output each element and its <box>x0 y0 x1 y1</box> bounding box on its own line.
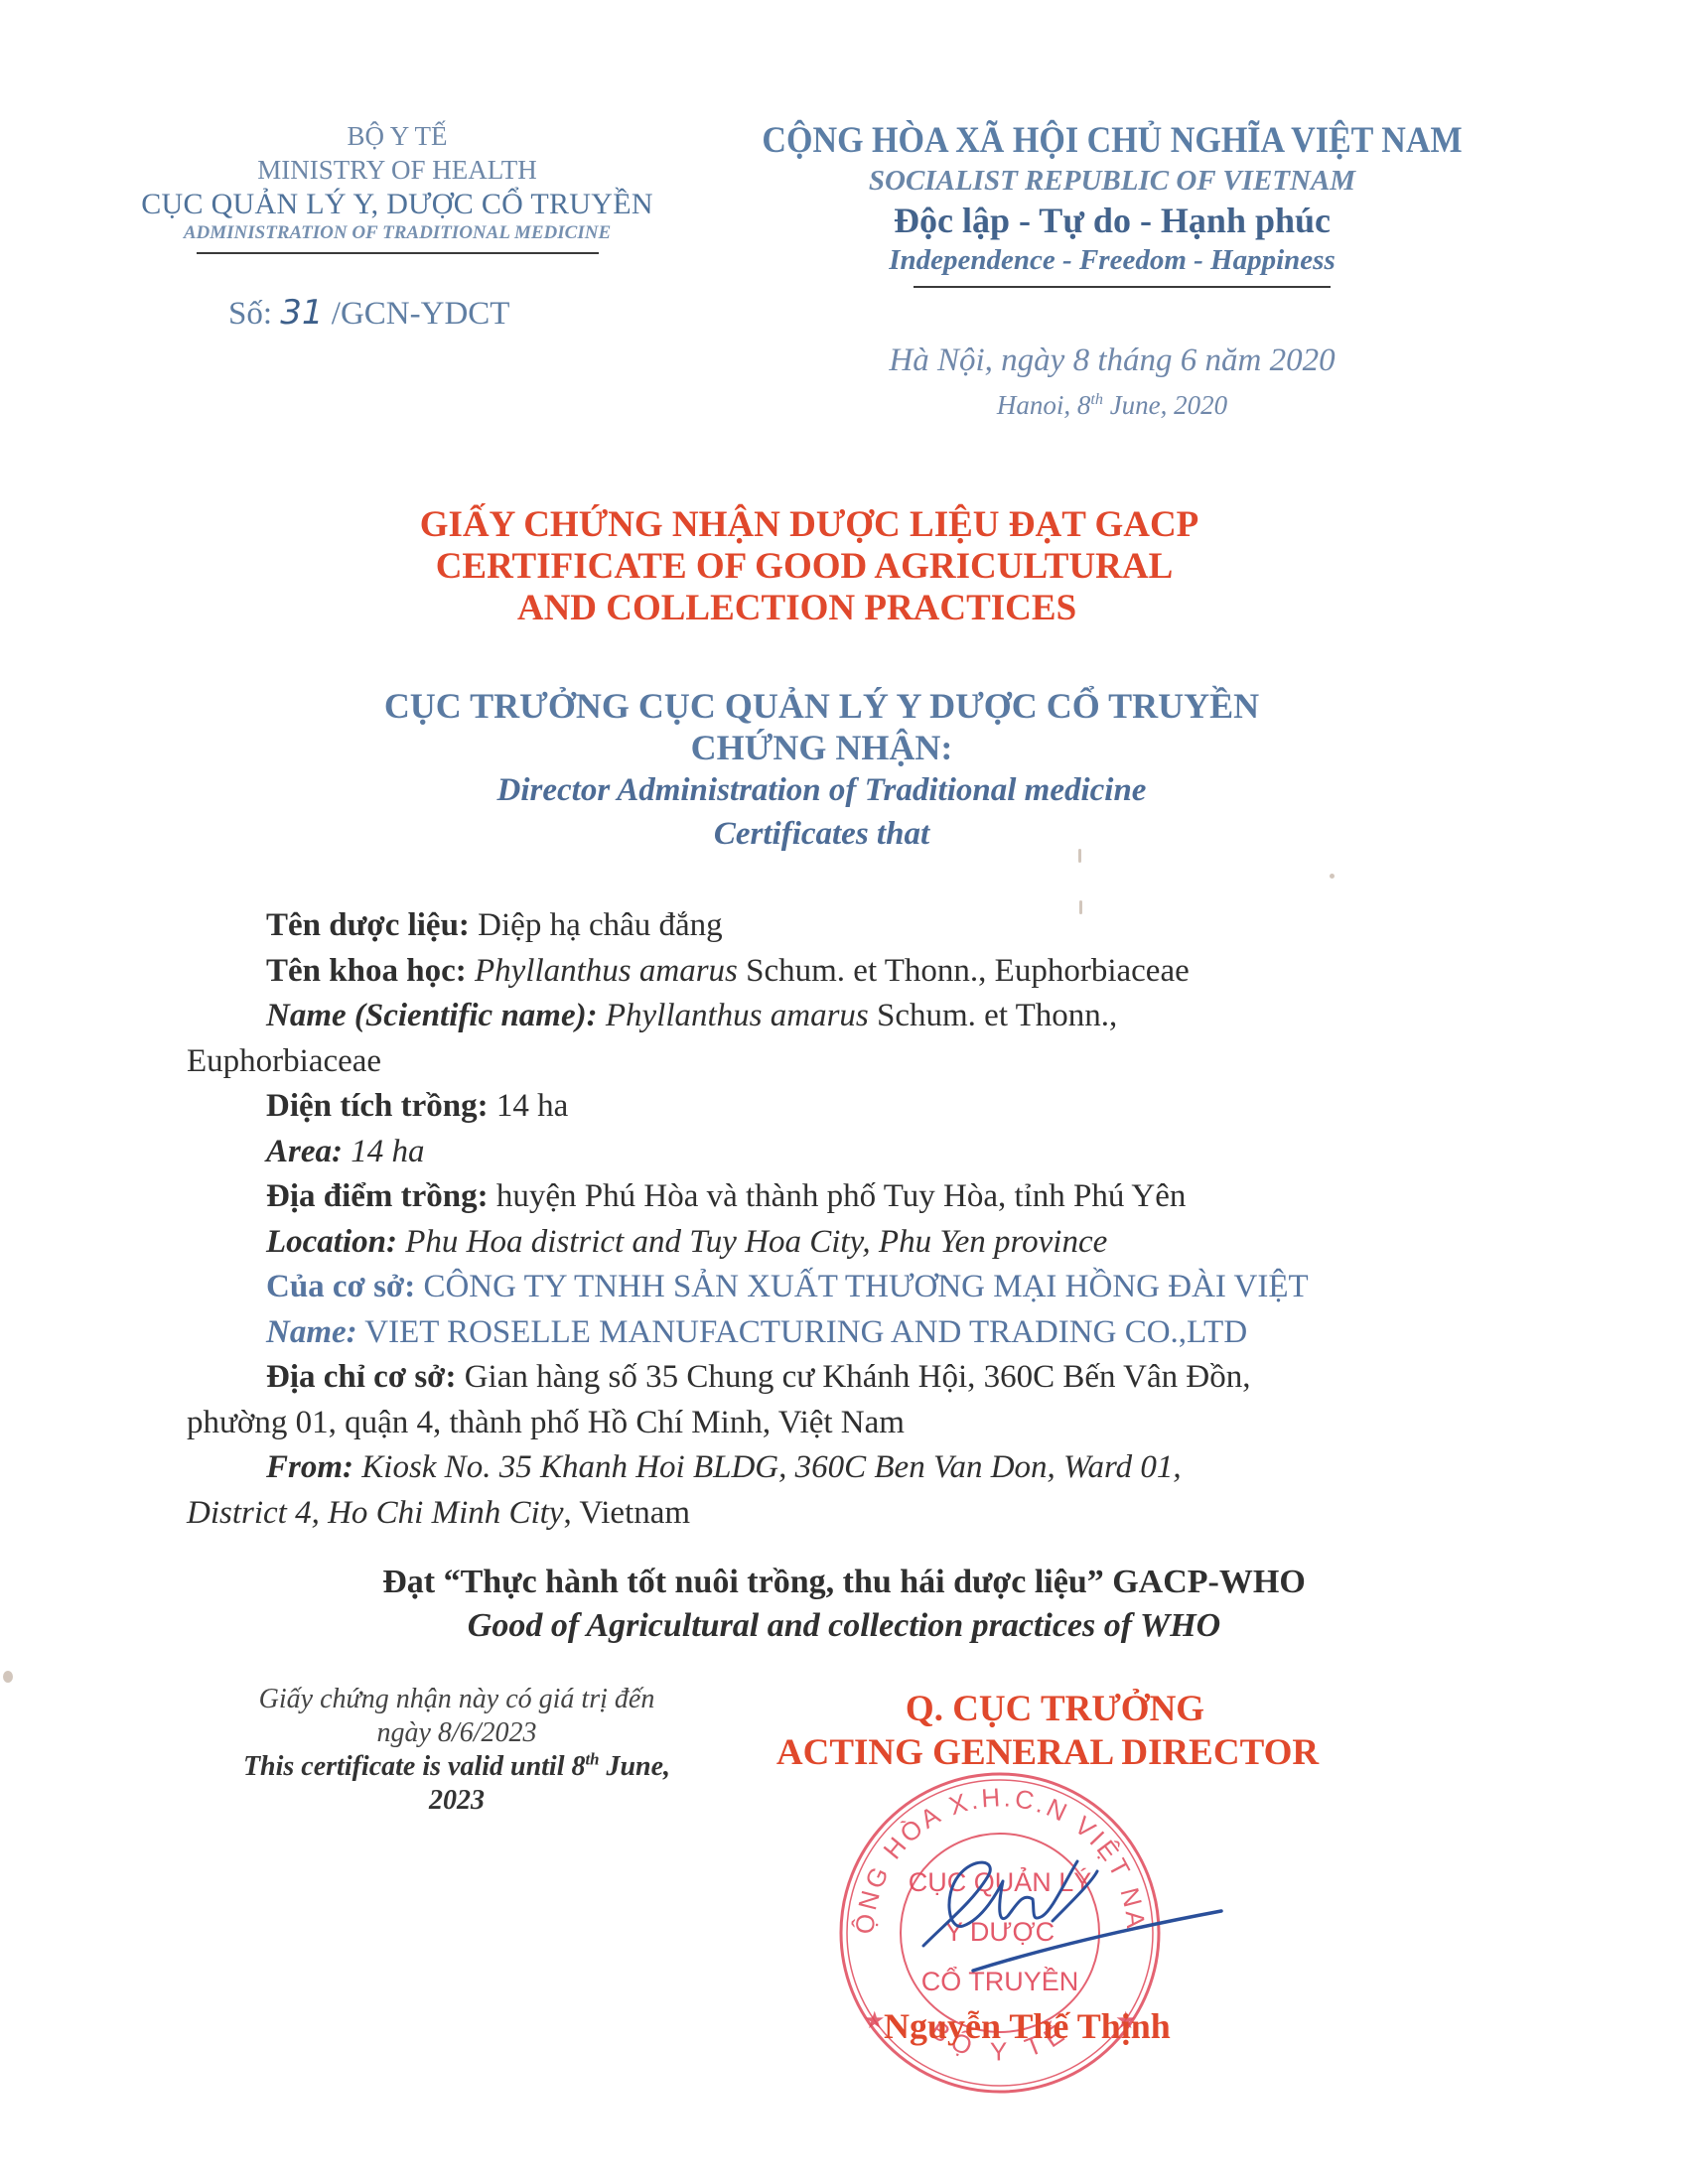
field-value: District 4, Ho Chi Minh City <box>187 1495 564 1531</box>
motto-vn: Độc lập - Tự do - Hạnh phúc <box>715 199 1509 242</box>
national-header: CỘNG HÒA XÃ HỘI CHỦ NGHĨA VIỆT NAM SOCIA… <box>715 119 1509 288</box>
handwritten-signature-icon <box>904 1832 1231 1980</box>
field-label: Name (Scientific name): <box>266 998 598 1033</box>
signature-block: Q. CỤC TRƯỞNG ACTING GENERAL DIRECTOR <box>765 1688 1360 1775</box>
field-area-vn: Diện tích trồng: 14 ha <box>187 1084 1438 1130</box>
achievement-vn: Đạt “Thực hành tốt nuôi trồng, thu hái d… <box>199 1561 1489 1604</box>
title-line-2: CERTIFICATE OF GOOD AGRICULTURAL <box>169 546 1440 588</box>
field-value: Gian hàng số 35 Chung cư Khánh Hội, 360C… <box>456 1359 1250 1395</box>
field-value: CÔNG TY TNHH SẢN XUẤT THƯƠNG MẠI HỒNG ĐÀ… <box>415 1269 1308 1304</box>
signer-title-en: ACTING GENERAL DIRECTOR <box>735 1731 1360 1775</box>
country-name-vn: CỘNG HÒA XÃ HỘI CHỦ NGHĨA VIỆT NAM <box>747 119 1477 163</box>
svg-text:★: ★ <box>864 2008 886 2034</box>
validity-vn-line-2: ngày 8/6/2023 <box>179 1716 735 1750</box>
date-en-ordinal: th <box>1090 390 1103 408</box>
field-label: Tên khoa học: <box>266 953 467 989</box>
number-prefix: Số: <box>228 296 272 332</box>
title-line-1: GIẤY CHỨNG NHẬN DƯỢC LIỆU ĐẠT GACP <box>179 504 1440 546</box>
validity-en-line-1: This certificate is valid until 8th June… <box>179 1750 735 1784</box>
field-scientific-name-en-wrap: Euphorbiaceae <box>187 1039 1438 1085</box>
field-address-vn: Địa chỉ cơ sở: Gian hàng số 35 Chung cư … <box>187 1355 1438 1401</box>
country-name-en: SOCIALIST REPUBLIC OF VIETNAM <box>715 163 1509 199</box>
field-label: From: <box>266 1449 353 1485</box>
issuer-line-1-vn: CỤC TRƯỞNG CỤC QUẢN LÝ Y DƯỢC CỔ TRUYỀN <box>204 685 1440 727</box>
species-name: Phyllanthus amarus <box>598 998 869 1033</box>
field-scientific-name-vn: Tên khoa học: Phyllanthus amarus Schum. … <box>187 949 1438 995</box>
achievement-en: Good of Agricultural and collection prac… <box>199 1604 1489 1648</box>
field-address-en-wrap: District 4, Ho Chi Minh City, Vietnam <box>187 1491 1438 1537</box>
species-name: Phyllanthus amarus <box>467 953 738 989</box>
field-company-en: Name: VIET ROSELLE MANUFACTURING AND TRA… <box>187 1310 1438 1356</box>
field-company-vn: Của cơ sở: CÔNG TY TNHH SẢN XUẤT THƯƠNG … <box>187 1265 1438 1310</box>
field-label: Địa chỉ cơ sở: <box>266 1359 456 1395</box>
validity-en-ordinal: th <box>585 1750 599 1769</box>
issuing-authority-header: BỘ Y TẾ MINISTRY OF HEALTH CỤC QUẢN LÝ Y… <box>99 119 695 254</box>
field-value: , Vietnam <box>564 1495 691 1531</box>
field-label: Địa điểm trồng: <box>266 1178 489 1214</box>
issue-date-en: Hanoi, 8th June, 2020 <box>715 390 1509 421</box>
field-label: Name: <box>266 1314 357 1350</box>
date-en-suffix: June, 2020 <box>1103 390 1227 420</box>
validity-en-line-2: 2023 <box>179 1784 735 1818</box>
issuer-line-2-vn: CHỨNG NHẬN: <box>204 727 1440 768</box>
validity-en-suffix: June, <box>599 1751 670 1782</box>
number-suffix: /GCN-YDCT <box>332 296 510 332</box>
motto-en: Independence - Freedom - Happiness <box>715 242 1509 278</box>
gacp-achievement: Đạt “Thực hành tốt nuôi trồng, thu hái d… <box>199 1561 1489 1648</box>
field-address-en: From: Kiosk No. 35 Khanh Hoi BLDG, 360C … <box>187 1445 1438 1491</box>
field-address-vn-wrap: phường 01, quận 4, thành phố Hồ Chí Minh… <box>187 1401 1438 1446</box>
validity-en-prefix: This certificate is valid until 8 <box>243 1751 586 1782</box>
number-value: 31 <box>280 293 323 333</box>
field-value: Phu Hoa district and Tuy Hoa City, Phu Y… <box>397 1224 1107 1260</box>
field-label: Diện tích trồng: <box>266 1088 489 1124</box>
scan-speck <box>3 1671 13 1683</box>
issuer-statement: CỤC TRƯỞNG CỤC QUẢN LÝ Y DƯỢC CỔ TRUYỀN … <box>248 685 1440 856</box>
field-location-vn: Địa điểm trồng: huyện Phú Hòa và thành p… <box>187 1174 1438 1220</box>
signer-name: Nguyễn Thế Thịnh <box>884 2005 1171 2047</box>
scan-speck <box>1330 874 1335 879</box>
field-scientific-name-en: Name (Scientific name): Phyllanthus amar… <box>187 994 1438 1039</box>
field-value: Diệp hạ châu đắng <box>470 907 723 943</box>
field-value: 14 ha <box>343 1134 425 1169</box>
validity-vn-line-1: Giấy chứng nhận này có giá trị đến <box>179 1683 735 1716</box>
agency-name-en: ADMINISTRATION OF TRADITIONAL MEDICINE <box>99 222 695 244</box>
ministry-name-vn: BỘ Y TẾ <box>99 119 695 153</box>
issue-date-vn: Hà Nội, ngày 8 tháng 6 năm 2020 <box>715 342 1509 379</box>
field-herb-name: Tên dược liệu: Diệp hạ châu đắng <box>187 903 1438 949</box>
field-value: VIET ROSELLE MANUFACTURING AND TRADING C… <box>357 1314 1248 1350</box>
field-value: 14 ha <box>489 1088 569 1124</box>
field-value: Schum. et Thonn., Euphorbiaceae <box>738 953 1190 989</box>
certificate-title: GIẤY CHỨNG NHẬN DƯỢC LIỆU ĐẠT GACP CERTI… <box>248 504 1440 629</box>
certificate-fields: Tên dược liệu: Diệp hạ châu đắng Tên kho… <box>187 903 1438 1536</box>
field-area-en: Area: 14 ha <box>187 1130 1438 1175</box>
header-divider <box>914 286 1331 288</box>
field-location-en: Location: Phu Hoa district and Tuy Hoa C… <box>187 1220 1438 1266</box>
issuer-line-1-en: Director Administration of Traditional m… <box>204 768 1440 812</box>
field-value: huyện Phú Hòa và thành phố Tuy Hòa, tỉnh… <box>489 1178 1187 1214</box>
field-label: Location: <box>266 1224 397 1260</box>
field-value: Kiosk No. 35 Khanh Hoi BLDG, 360C Ben Va… <box>353 1449 1182 1485</box>
signer-title-vn: Q. CỤC TRƯỞNG <box>750 1688 1360 1731</box>
field-value: Schum. et Thonn., <box>869 998 1118 1033</box>
ministry-name-en: MINISTRY OF HEALTH <box>99 153 695 187</box>
header-divider <box>197 252 599 254</box>
validity-statement: Giấy chứng nhận này có giá trị đến ngày … <box>179 1683 735 1818</box>
date-en-prefix: Hanoi, 8 <box>997 390 1091 420</box>
document-number: Số: 31 /GCN-YDCT <box>228 293 509 333</box>
field-label: Của cơ sở: <box>266 1269 415 1304</box>
agency-name-vn: CỤC QUẢN LÝ Y, DƯỢC CỔ TRUYỀN <box>99 187 695 222</box>
title-line-3: AND COLLECTION PRACTICES <box>154 588 1440 629</box>
issuer-line-2-en: Certificates that <box>204 812 1440 856</box>
field-label: Tên dược liệu: <box>266 907 470 943</box>
field-label: Area: <box>266 1134 343 1169</box>
